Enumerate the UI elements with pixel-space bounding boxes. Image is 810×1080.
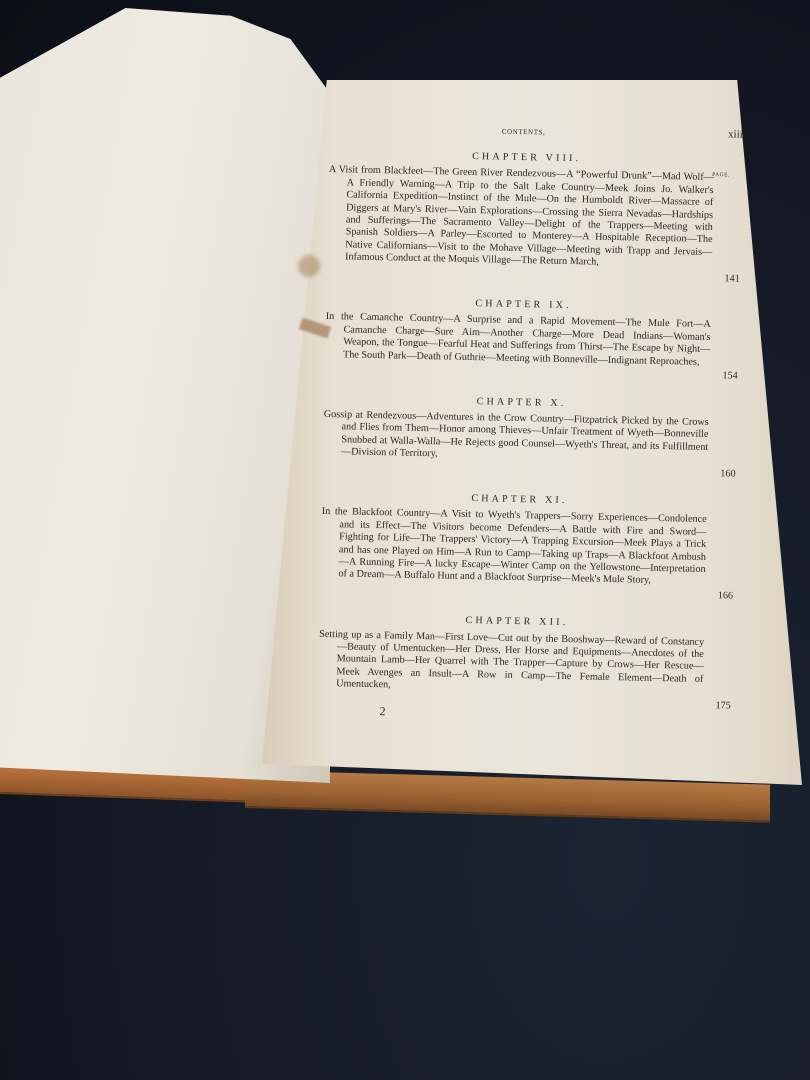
chapter-summary: In the Camanche Country—A Surprise and a… [325,311,721,369]
chapter-summary: In the Blackfoot Country—A Visit to Wyet… [320,506,716,589]
contents-text-block: CONTENTS, xiii CHAPTER VIII. PAGE. A Vis… [318,118,725,712]
running-head-title: CONTENTS, [502,126,546,139]
chapter-summary: Setting up as a Family Man—First Love—Cu… [318,628,714,698]
chapter-entry: CHAPTER XI. In the Blackfoot Country—A V… [320,490,717,602]
chapter-entry: CHAPTER X. Gossip at Rendezvous—Adventur… [323,392,720,480]
signature-mark: 2 [379,705,385,718]
chapter-summary: Gossip at Rendezvous—Adventures in the C… [323,409,719,467]
chapter-entry: CHAPTER IX. In the Camanche Country—A Su… [325,295,722,383]
photo-scene: CONTENTS, xiii CHAPTER VIII. PAGE. A Vis… [0,0,810,1080]
chapter-entry: CHAPTER VIII. PAGE. A Visit from Blackfe… [327,148,725,285]
page-folio: xiii [728,128,743,141]
chapter-entry: CHAPTER XII. Setting up as a Family Man—… [318,612,715,712]
chapter-summary: A Visit from Blackfeet—The Green River R… [327,164,724,272]
foxing-stain [298,255,320,277]
page-column-label: PAGE. [712,169,730,182]
